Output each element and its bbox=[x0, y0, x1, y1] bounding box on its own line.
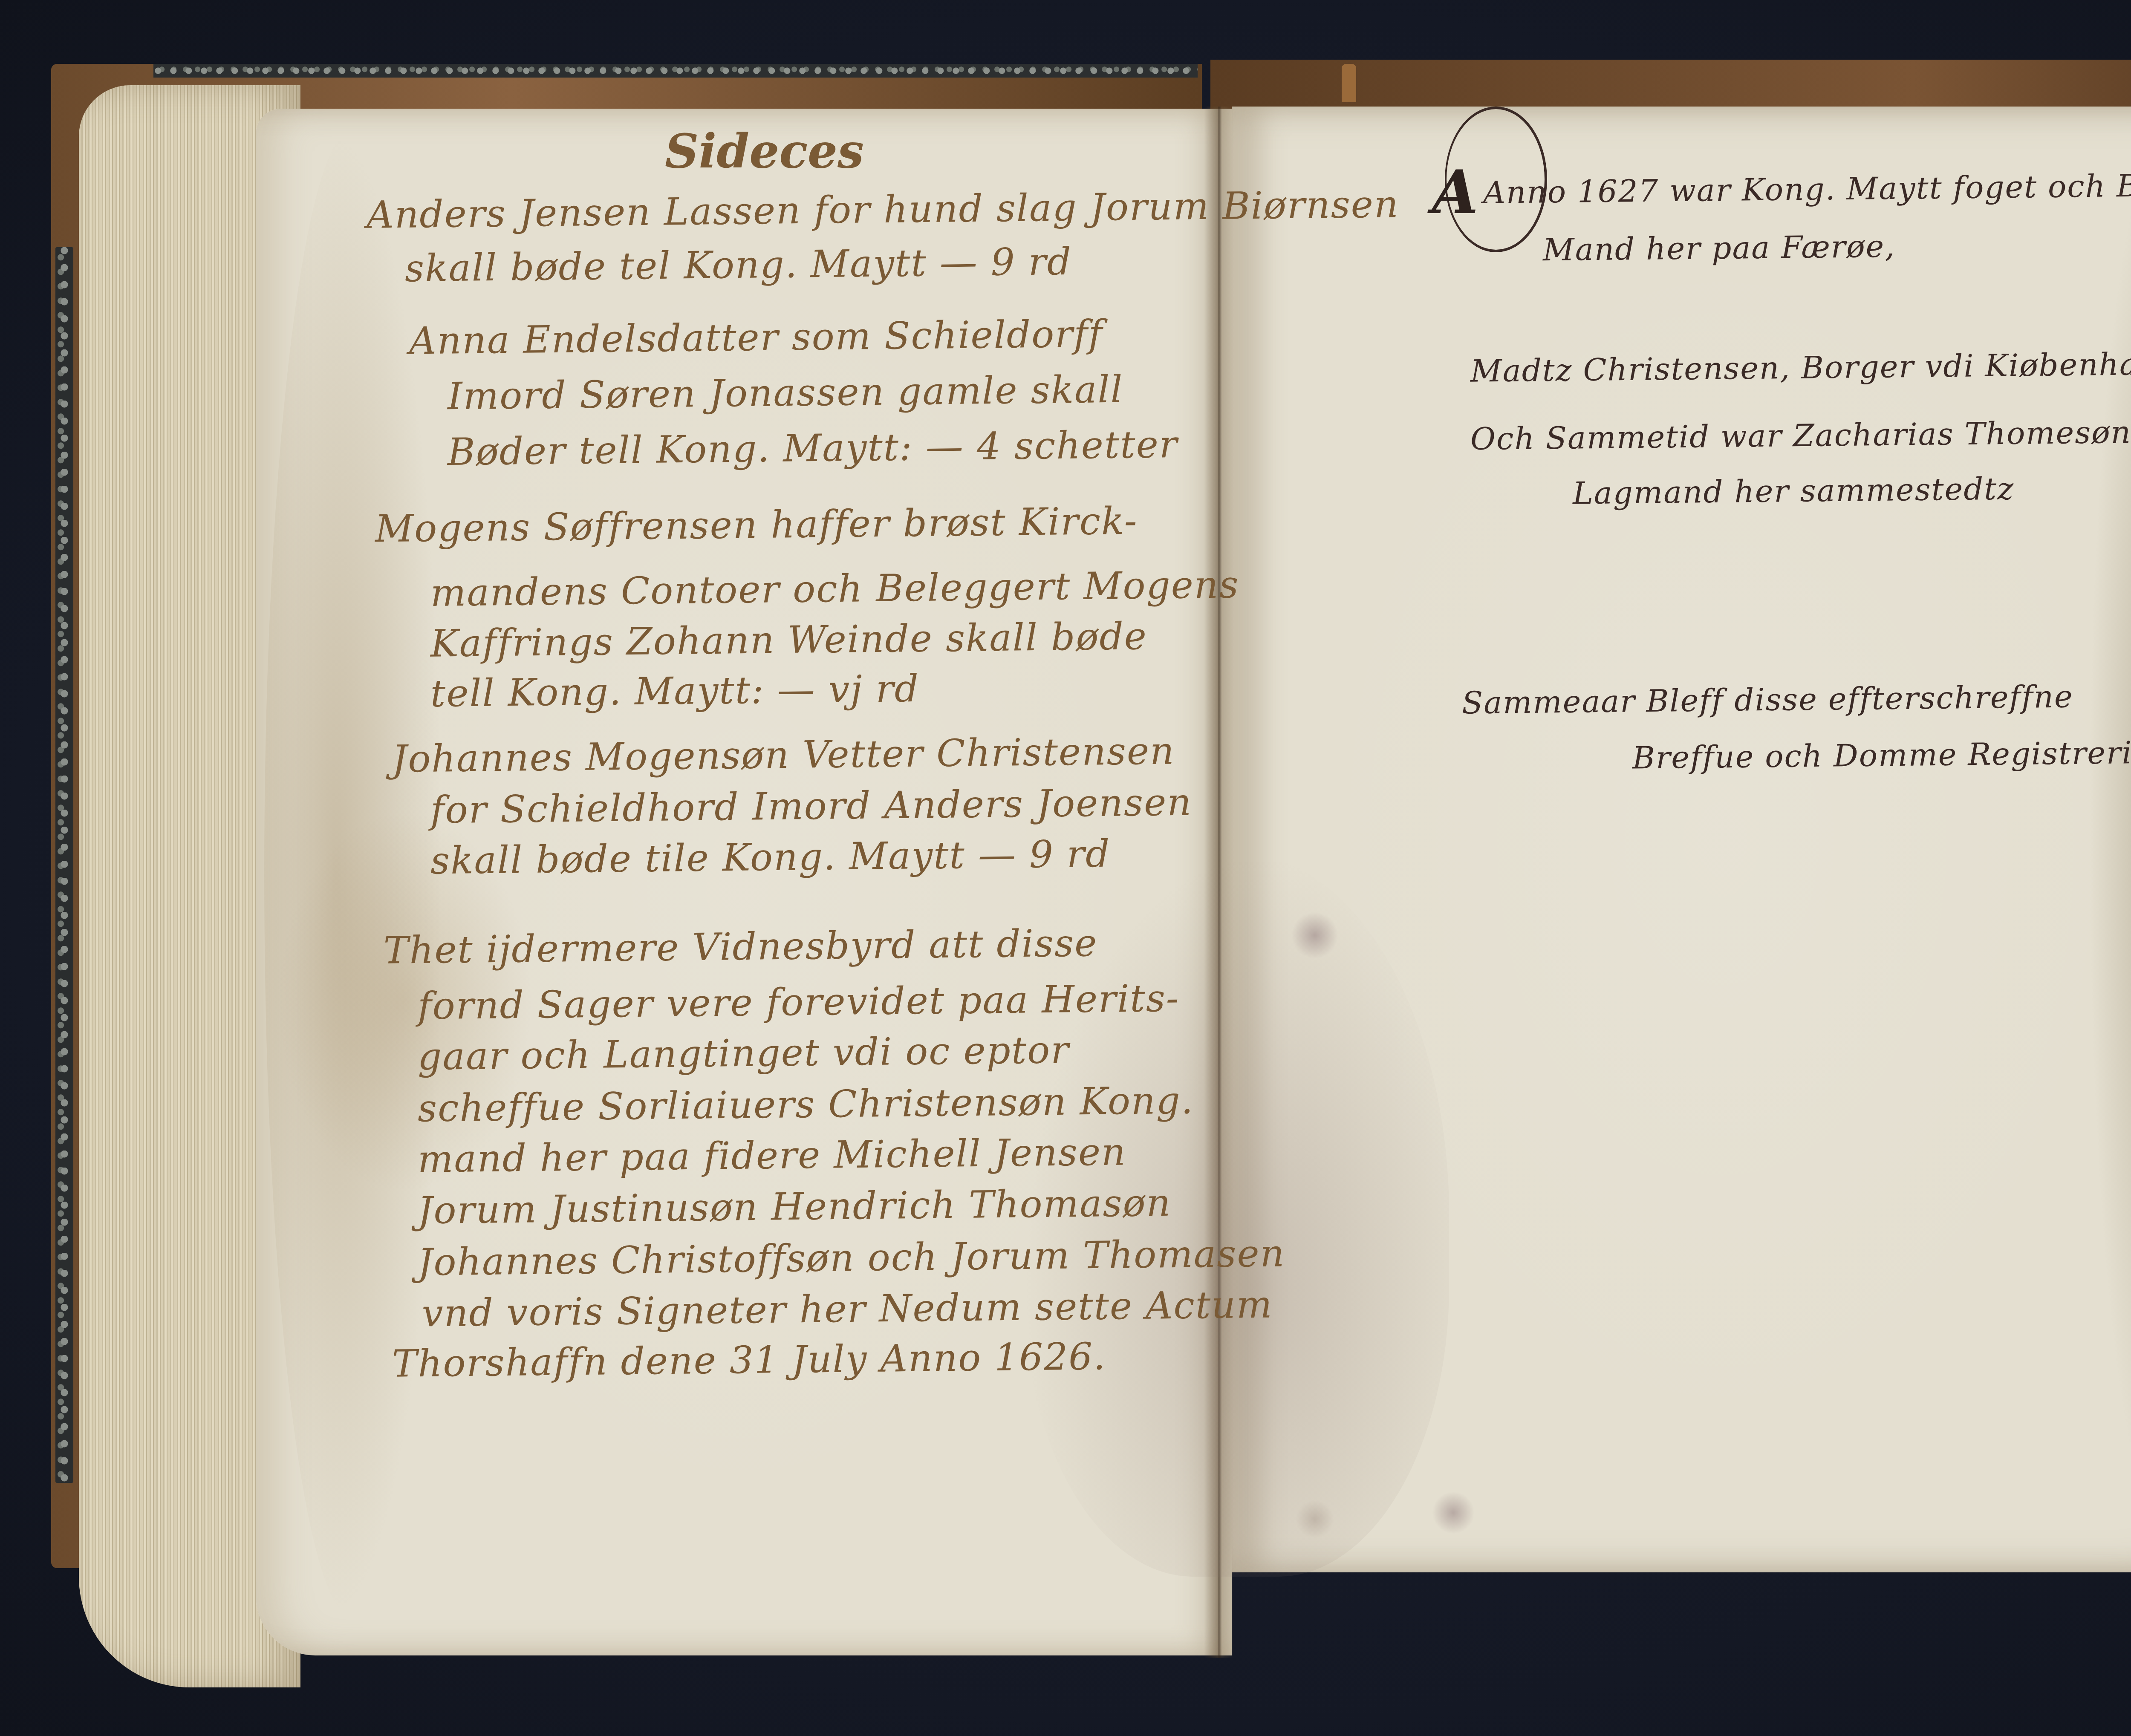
manuscript-line: Kaffrings Zohann Weinde skall bøde bbox=[430, 614, 1148, 666]
manuscript-line: Madtz Christensen, Borger vdi Kiøbenhaff… bbox=[1470, 346, 2131, 389]
manuscript-line: Jorum Justinusøn Hendrich Thomasøn bbox=[418, 1181, 1172, 1233]
manuscript-line: Thet ijdermere Vidnesbyrd att disse bbox=[384, 921, 1098, 972]
manuscript-photograph: Sideces Anders Jensen Lassen for hund sl… bbox=[0, 0, 2131, 1736]
manuscript-line: Breffue och Domme Registreritt bbox=[1632, 735, 2131, 776]
manuscript-line: mand her paa fidere Michell Jensen bbox=[418, 1130, 1127, 1181]
manuscript-line: Bøder tell Kong. Maytt: — 4 schetter bbox=[448, 422, 1178, 474]
manuscript-line: Anna Endelsdatter som Schieldorff bbox=[409, 311, 1103, 363]
page-heading: Sideces bbox=[665, 124, 864, 179]
manuscript-line: mandens Contoer och Beleggert Mogens bbox=[430, 562, 1240, 615]
manuscript-line: Lagmand her sammestedtz bbox=[1573, 471, 2015, 511]
manuscript-line: skall bøde tel Kong. Maytt — 9 rd bbox=[405, 239, 1072, 290]
manuscript-line: Thorshaffn dene 31 July Anno 1626. bbox=[392, 1334, 1106, 1386]
spine-headband bbox=[1342, 64, 1356, 102]
book-gutter bbox=[1204, 107, 1234, 1658]
manuscript-line: Imord Søren Jonassen gamle skall bbox=[448, 367, 1124, 418]
manuscript-line: skall bøde tile Kong. Maytt — 9 rd bbox=[430, 832, 1111, 883]
manuscript-line: for Schieldhord Imord Anders Joensen bbox=[430, 780, 1193, 832]
manuscript-line: Mogens Søffrensen haffer brøst Kirck- bbox=[375, 499, 1138, 551]
manuscript-line: Mand her paa Færøe, bbox=[1543, 228, 1896, 268]
marbled-endpaper-top bbox=[153, 64, 1198, 78]
manuscript-line: vnd voris Signeter her Nedum sette Actum bbox=[422, 1283, 1273, 1335]
manuscript-line: gaar och Langtinget vdi oc eptor bbox=[418, 1028, 1070, 1079]
manuscript-line: scheffue Sorliaiuers Christensøn Kong. bbox=[418, 1078, 1194, 1130]
manuscript-line: tell Kong. Maytt: — vj rd bbox=[430, 666, 919, 715]
manuscript-line: fornd Sager vere forevidet paa Herits- bbox=[418, 976, 1180, 1028]
manuscript-line: Johannes Christoffsøn och Jorum Thomasen bbox=[418, 1231, 1285, 1284]
decorated-initial: A bbox=[1432, 158, 1478, 228]
right-page bbox=[1232, 107, 2131, 1572]
manuscript-line: Johannes Mogensøn Vetter Christensen bbox=[392, 729, 1175, 781]
manuscript-line: Sammeaar Bleff disse effterschreffne bbox=[1462, 678, 2073, 721]
marbled-endpaper-left bbox=[55, 247, 73, 1483]
manuscript-line: Och Sammetid war Zacharias Thomesøn bbox=[1470, 414, 2131, 457]
